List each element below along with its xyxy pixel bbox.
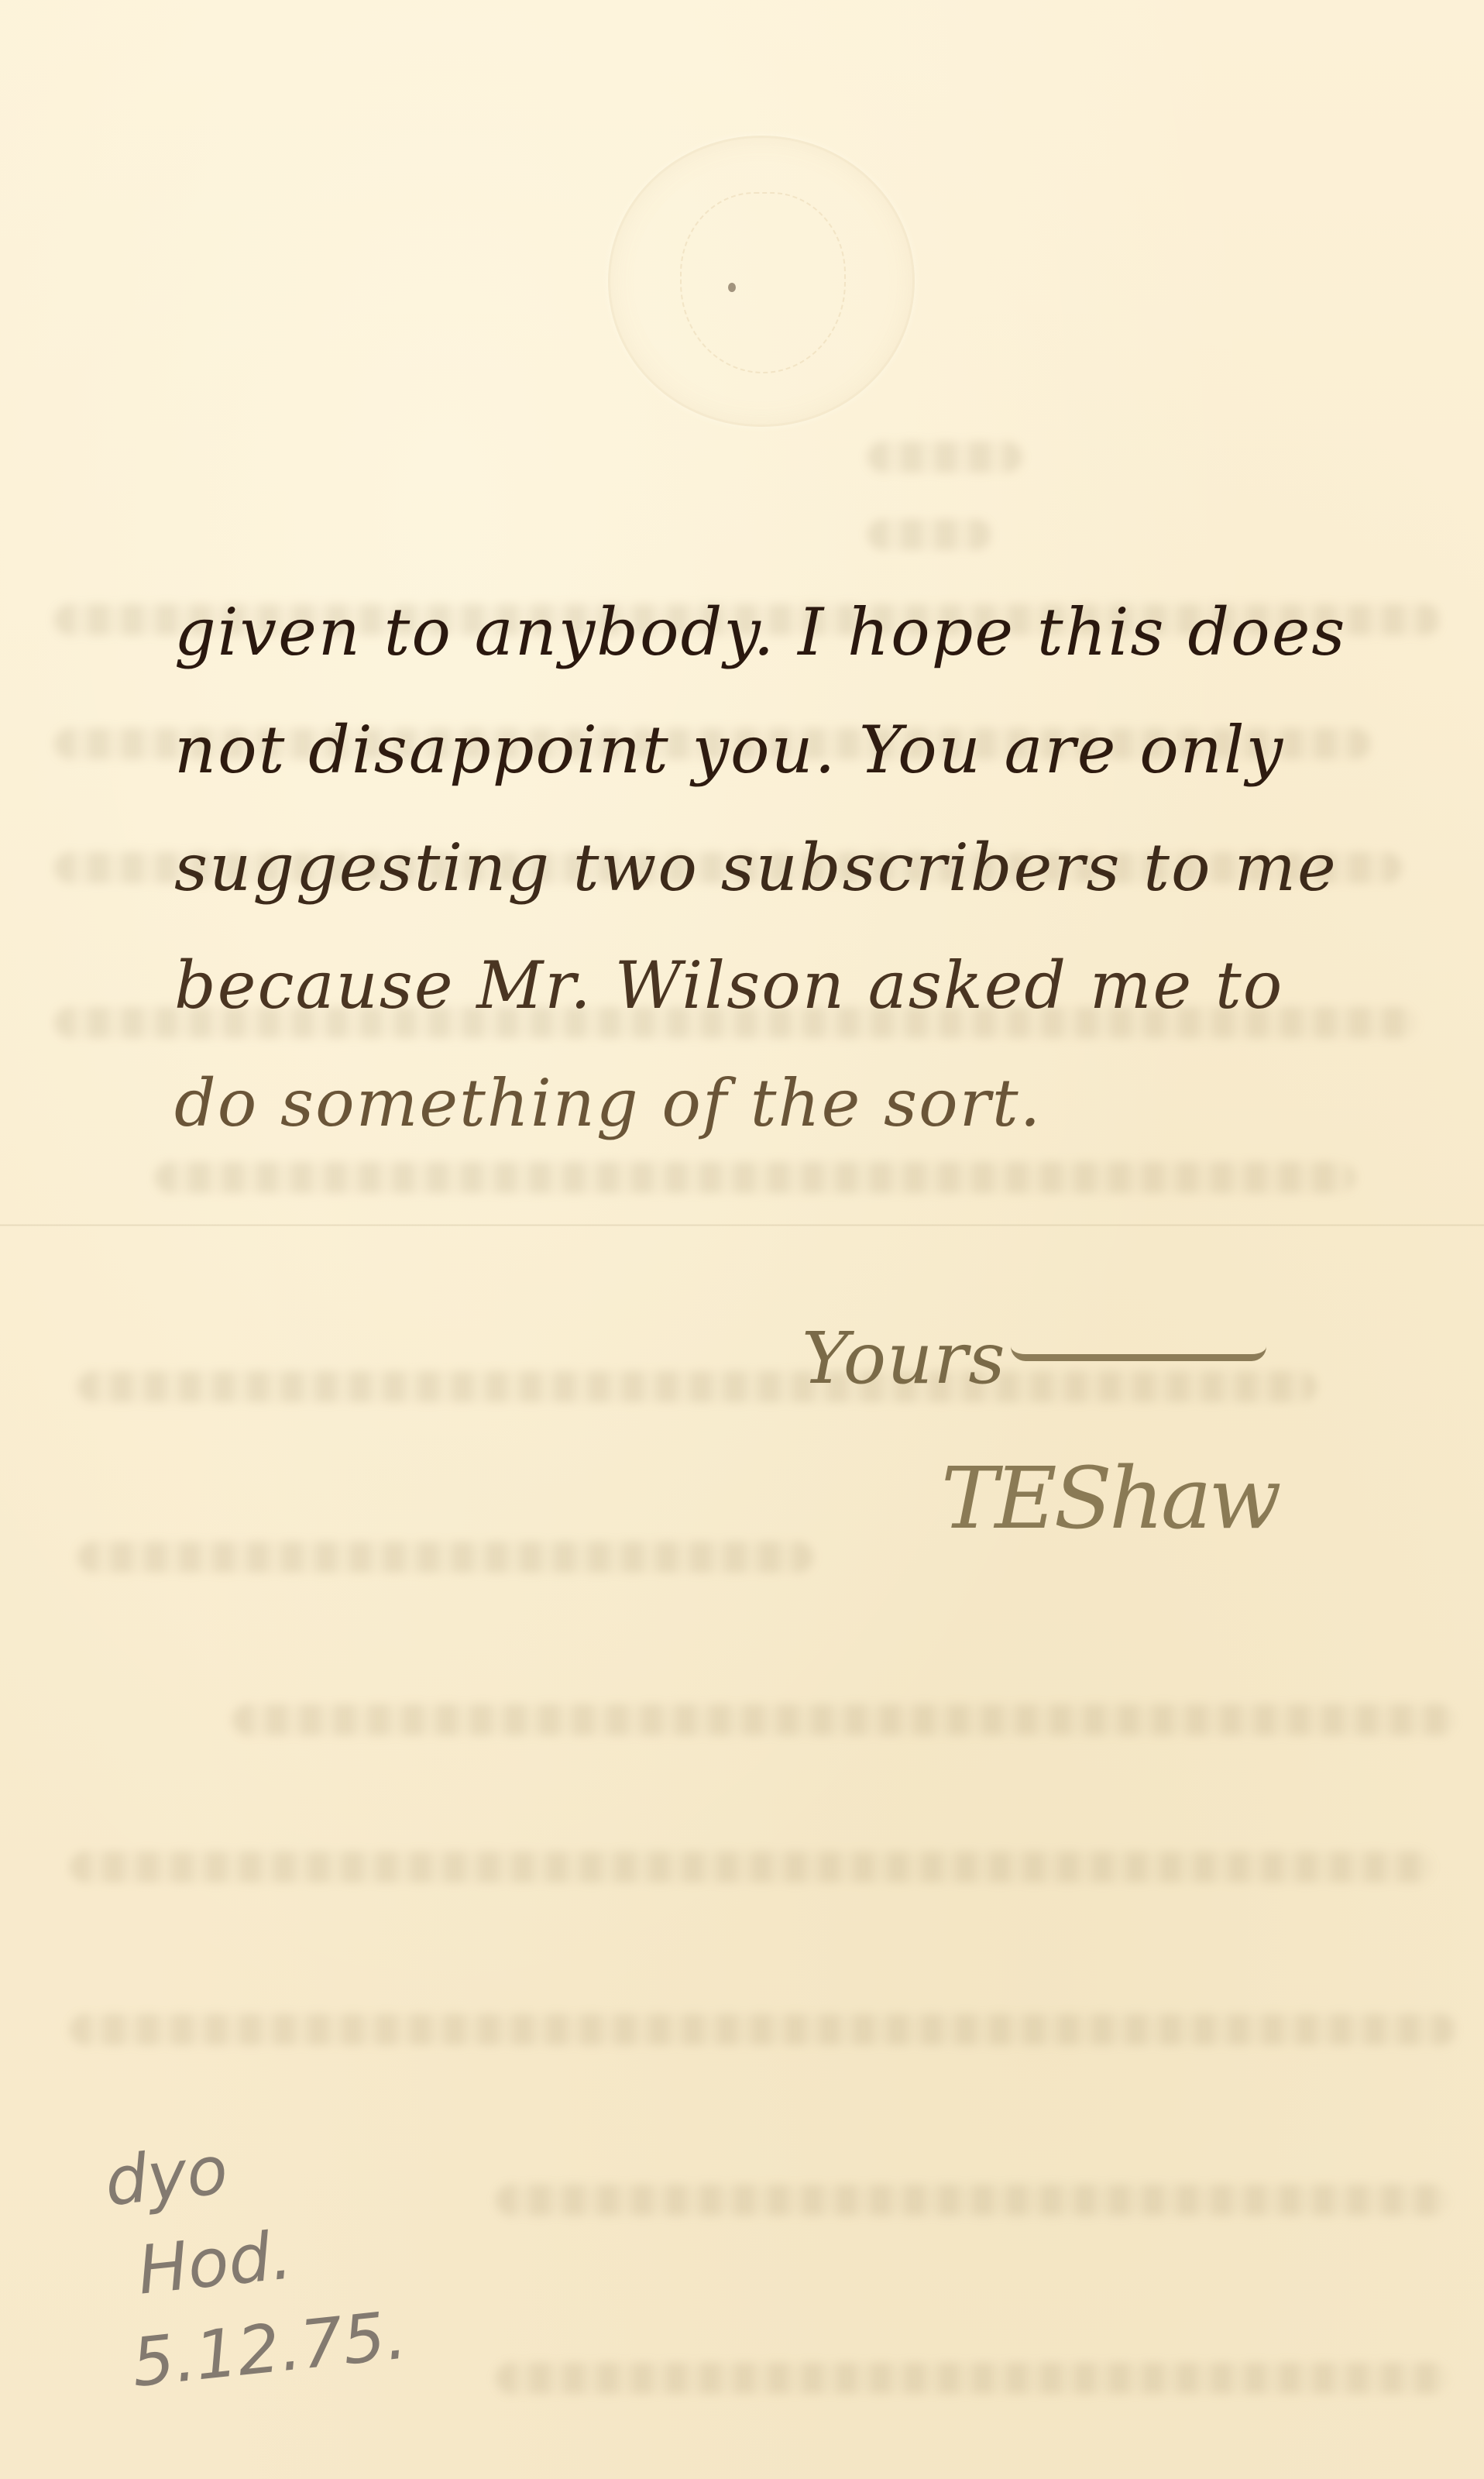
signature: TEShaw: [941, 1449, 1279, 1548]
crest-shield-icon: [680, 192, 846, 373]
body-line: do something of the sort.: [174, 1044, 1452, 1162]
ghost-text-line: [867, 442, 1022, 473]
pencil-annotation: dyo Hod. 5.12.75.: [93, 2108, 411, 2411]
ghost-text-line: [70, 1852, 1433, 1882]
ghost-text-line: [867, 519, 991, 550]
body-line: because Mr. Wilson asked me to: [174, 927, 1452, 1044]
ghost-text-line: [496, 2185, 1448, 2216]
paper-fold-line: [0, 1224, 1484, 1226]
ink-spot: [728, 283, 736, 292]
ghost-text-line: [496, 2363, 1448, 2394]
embossed-crest-icon: [608, 136, 915, 427]
closing-flourish: [1011, 1346, 1266, 1361]
body-line: suggesting two subscribers to me: [174, 809, 1452, 927]
letter-body: given to anybody. I hope this does not d…: [174, 573, 1452, 1162]
ghost-text-line: [70, 2014, 1456, 2045]
ghost-text-line: [155, 1162, 1355, 1193]
ghost-text-line: [77, 1542, 813, 1573]
body-line: not disappoint you. You are only: [174, 691, 1452, 809]
closing-salutation: Yours: [802, 1317, 1006, 1400]
ghost-text-line: [232, 1704, 1456, 1735]
letter-page: given to anybody. I hope this does not d…: [0, 0, 1484, 2479]
letter-closing: Yours: [802, 1317, 1266, 1400]
body-line: given to anybody. I hope this does: [174, 573, 1452, 691]
